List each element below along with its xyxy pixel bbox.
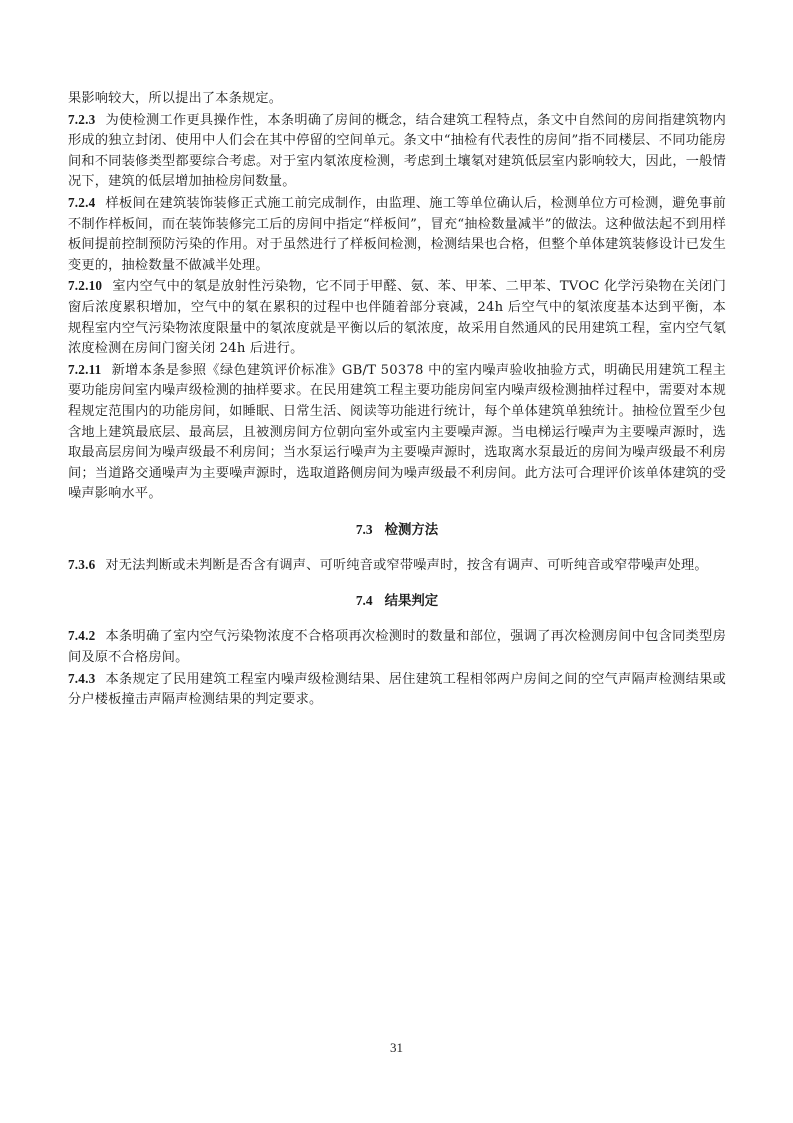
clause-7-4-3: 7.4.3本条规定了民用建筑工程室内噪声级检测结果、居住建筑工程相邻两户房间之间…	[68, 669, 726, 711]
clause-text: 室内空气中的氡是放射性污染物，它不同于甲醛、氨、苯、甲苯、二甲苯、TVOC 化学…	[68, 279, 726, 356]
clause-number: 7.2.4	[68, 195, 95, 210]
section-number: 7.4	[356, 593, 373, 608]
clause-number: 7.2.3	[68, 112, 95, 127]
section-heading-7-3: 7.3检测方法	[68, 520, 726, 540]
clause-text: 新增本条是参照《绿色建筑评价标准》GB/T 50378 中的室内噪声验收抽验方式…	[68, 363, 726, 502]
clause-7-2-10: 7.2.10室内空气中的氡是放射性污染物，它不同于甲醛、氨、苯、甲苯、二甲苯、T…	[68, 276, 726, 359]
section-title: 检测方法	[385, 522, 439, 538]
document-body: 果影响较大，所以提出了本条规定。 7.2.3为使检测工作更具操作性，本条明确了房…	[68, 89, 726, 711]
clause-number: 7.4.2	[68, 628, 95, 643]
clause-7-2-4: 7.2.4样板间在建筑装饰装修正式施工前完成制作，由监理、施工等单位确认后，检测…	[68, 193, 726, 276]
clause-text: 对无法判断或未判断是否含有调声、可听纯音或窄带噪声时，按含有调声、可听纯音或窄带…	[105, 558, 707, 573]
clause-number: 7.3.6	[68, 557, 95, 572]
continuation-paragraph: 果影响较大，所以提出了本条规定。	[68, 89, 726, 110]
section-number: 7.3	[356, 522, 373, 537]
section-heading-7-4: 7.4结果判定	[68, 591, 726, 611]
page-number: 31	[0, 1040, 793, 1056]
clause-7-2-3: 7.2.3为使检测工作更具操作性，本条明确了房间的概念，结合建筑工程特点，条文中…	[68, 110, 726, 193]
clause-number: 7.2.11	[68, 362, 101, 377]
clause-text: 为使检测工作更具操作性，本条明确了房间的概念，结合建筑工程特点，条文中自然间的房…	[68, 113, 726, 190]
clause-number: 7.2.10	[68, 278, 102, 293]
clause-text: 本条规定了民用建筑工程室内噪声级检测结果、居住建筑工程相邻两户房间之间的空气声隔…	[68, 672, 726, 708]
section-title: 结果判定	[385, 593, 439, 609]
clause-7-4-2: 7.4.2本条明确了室内空气污染物浓度不合格项再次检测时的数量和部位，强调了再次…	[68, 626, 726, 668]
clause-number: 7.4.3	[68, 671, 95, 686]
clause-text: 本条明确了室内空气污染物浓度不合格项再次检测时的数量和部位，强调了再次检测房间中…	[68, 629, 726, 665]
clause-7-2-11: 7.2.11新增本条是参照《绿色建筑评价标准》GB/T 50378 中的室内噪声…	[68, 360, 726, 505]
clause-text: 样板间在建筑装饰装修正式施工前完成制作，由监理、施工等单位确认后，检测单位方可检…	[68, 196, 726, 273]
clause-7-3-6: 7.3.6对无法判断或未判断是否含有调声、可听纯音或窄带噪声时，按含有调声、可听…	[68, 555, 726, 577]
